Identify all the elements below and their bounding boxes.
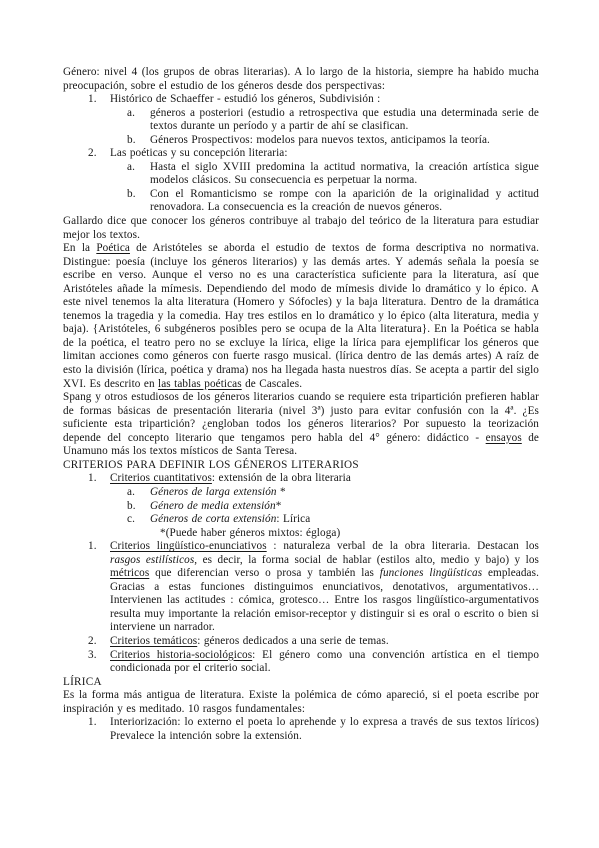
list-marker: b. [127,500,136,514]
underlined-text: Criterios cuantitativos [110,472,212,484]
sublist-item: a.géneros a posteriori (estudio a retros… [63,107,539,134]
text-run: Géneros Prospectivos: modelos para nuevo… [150,134,490,146]
text-run: que diferencian verso o prosa y también … [149,567,379,579]
list-item: 3.Criterios historia-sociológicos: El gé… [63,649,539,676]
text-run: Con el Romanticismo se rompe con la apar… [150,188,539,214]
paragraph: Spang y otros estudiosos de los géneros … [63,391,539,459]
text-run: Histórico de Schaeffer - estudió los gén… [110,93,380,105]
underlined-text: ensayos [486,432,522,444]
italic-text: Géneros de larga extensión [150,486,277,498]
paragraph: Gallardo dice que conocer los géneros co… [63,215,539,242]
text-run: En la [63,242,96,254]
underlined-text: métricos [110,567,149,579]
text-run: CRITERIOS PARA DEFINIR LOS GÉNEROS LITER… [63,459,359,471]
list-marker: 3. [88,649,97,663]
text-run: , es decir, la forma social de hablar (e… [194,554,539,566]
text-run: de Aristóteles se aborda el estudio de t… [63,242,539,389]
list-marker: a. [127,486,135,500]
paragraph: Es la forma más antigua de literatura. E… [63,689,539,716]
underlined-text: Criterios temáticos [110,635,197,647]
text-run: *(Puede haber géneros mixtos: égloga) [160,527,340,539]
list-item: 2.Criterios temáticos: géneros dedicados… [63,635,539,649]
list-marker: a. [127,107,135,121]
list-marker: 2. [88,147,97,161]
list-marker: b. [127,188,136,202]
text-run: Es la forma más antigua de literatura. E… [63,689,539,715]
list-marker: 1. [88,93,97,107]
sublist-item: b.Géneros Prospectivos: modelos para nue… [63,134,539,148]
italic-text: funciones lingüísticas [380,567,482,579]
text-run: Las poéticas y su concepción literaria: [110,147,288,159]
sublist-item: b.Género de media extensión* [63,500,539,514]
text-run: LÍRICA [63,676,102,688]
document-page: Género: nivel 4 (los grupos de obras lit… [0,0,599,848]
italic-text: Géneros de corta extensión [150,513,276,525]
list-marker: a. [127,161,135,175]
list-marker: 1. [88,716,97,730]
list-marker: 2. [88,635,97,649]
text-run: : Lírica [276,513,310,525]
underlined-text: Criterios lingüístico-enunciativos [110,540,267,552]
list-item: 1.Criterios lingüístico-enunciativos : n… [63,540,539,635]
document-body: Género: nivel 4 (los grupos de obras lit… [63,66,539,743]
text-run: : extensión de la obra literaria [212,472,351,484]
list-item: 1.Interiorización: lo externo el poeta l… [63,716,539,743]
text-run: * [276,500,282,512]
italic-text: rasgos estilísticos [110,554,194,566]
text-run: Hasta el siglo XVIII predomina la actitu… [150,161,539,187]
text-run: * [277,486,286,498]
underlined-text: las tablas poéticas [158,378,242,390]
paragraph: Género: nivel 4 (los grupos de obras lit… [63,66,539,93]
text-run: : naturaleza verbal de la obra literaria… [267,540,539,552]
underlined-text: Poética [96,242,130,254]
sublist-item: a.Géneros de larga extensión * [63,486,539,500]
text-run: de Cascales. [242,378,302,390]
sublist-item: a.Hasta el siglo XVIII predomina la acti… [63,161,539,188]
list-item: 1.Criterios cuantitativos: extensión de … [63,472,539,486]
heading: CRITERIOS PARA DEFINIR LOS GÉNEROS LITER… [63,459,539,473]
text-run: Género: nivel 4 (los grupos de obras lit… [63,66,539,92]
text-run: : géneros dedicados a una serie de temas… [197,635,389,647]
footnote: *(Puede haber géneros mixtos: égloga) [63,527,539,541]
italic-text: Género de media extensión [150,500,276,512]
underlined-text: Criterios historia-sociológicos [110,649,252,661]
list-marker: c. [127,513,135,527]
text-run: Spang y otros estudiosos de los géneros … [63,391,539,444]
paragraph: En la Poética de Aristóteles se aborda e… [63,242,539,391]
text-run: Gallardo dice que conocer los géneros co… [63,215,539,241]
heading: LÍRICA [63,676,539,690]
text-run: géneros a posteriori (estudio a retrospe… [150,107,539,133]
sublist-item: c.Géneros de corta extensión: Lírica [63,513,539,527]
list-item: 1.Histórico de Schaeffer - estudió los g… [63,93,539,107]
list-marker: 1. [88,472,97,486]
list-marker: b. [127,134,136,148]
list-item: 2.Las poéticas y su concepción literaria… [63,147,539,161]
list-marker: 1. [88,540,97,554]
sublist-item: b.Con el Romanticismo se rompe con la ap… [63,188,539,215]
text-run: Interiorización: lo externo el poeta lo … [110,716,539,742]
